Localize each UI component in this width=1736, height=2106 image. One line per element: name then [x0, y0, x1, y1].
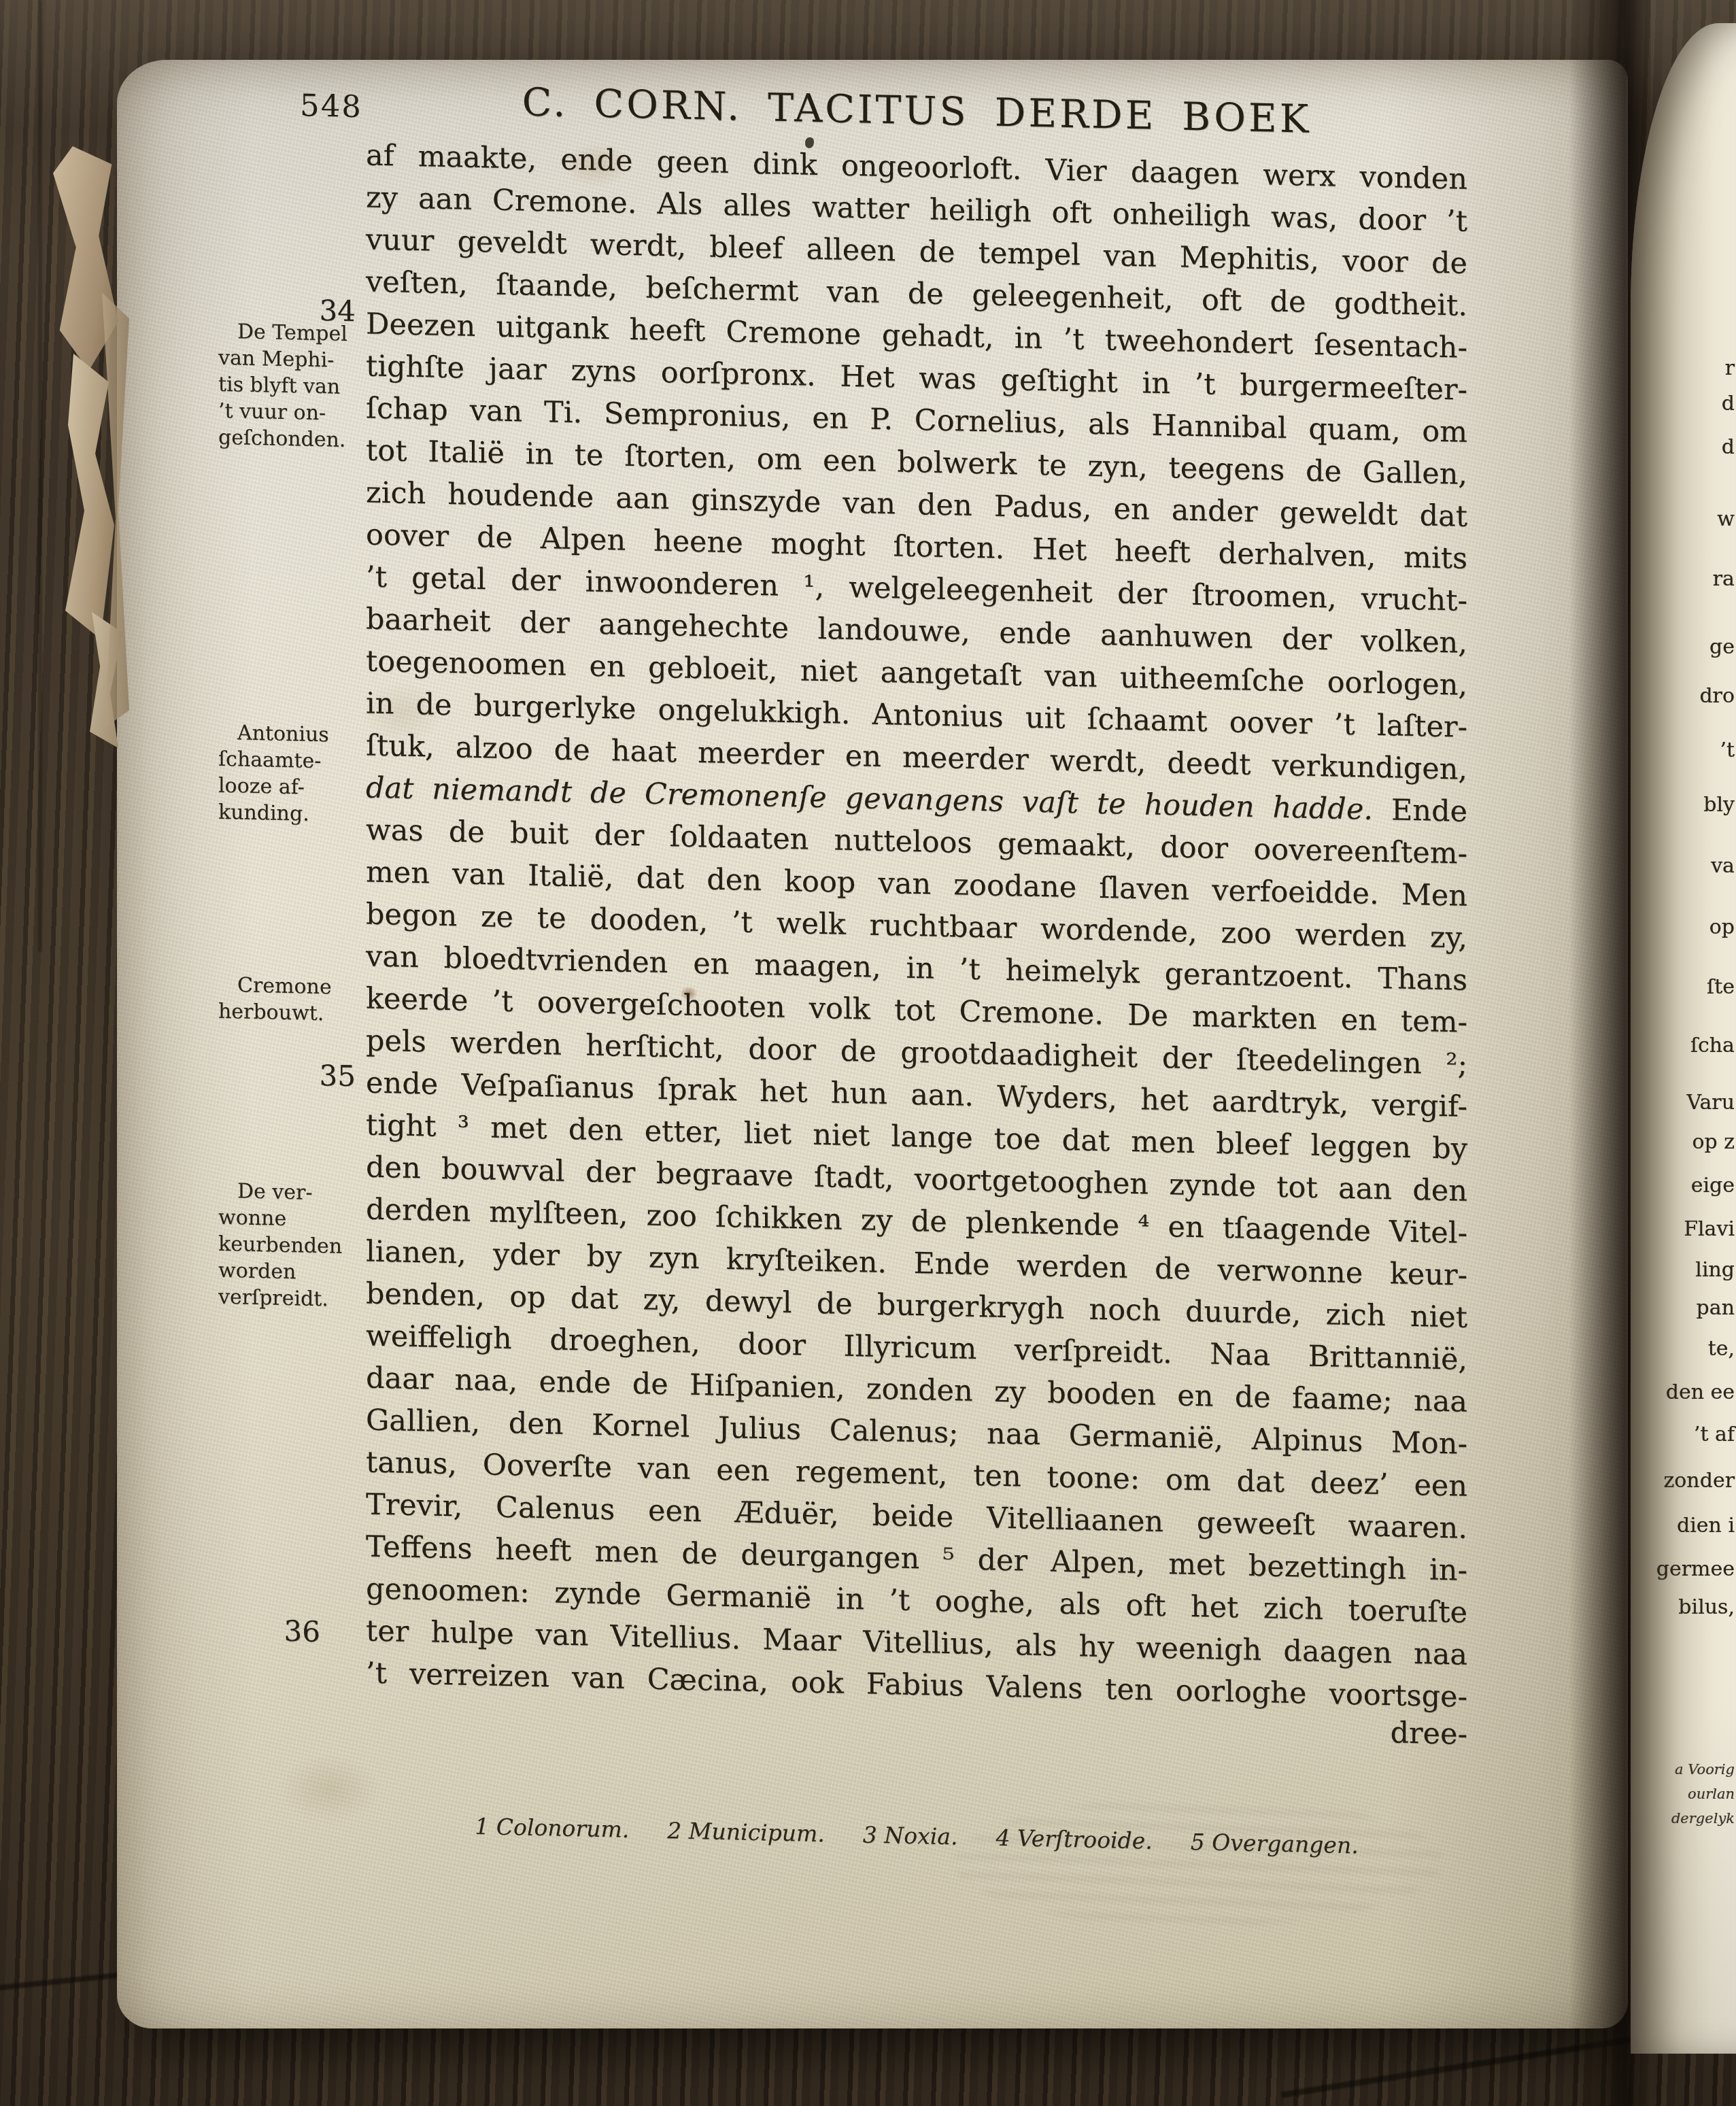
photo-of-open-book: 548 C. CORN. TACITUS DERDE BOEK 34 De Te…: [0, 0, 1736, 2106]
section-number-35: 35: [226, 1057, 356, 1093]
adjacent-page-text-fragment: w: [1717, 507, 1735, 531]
adjacent-page-text-fragment: Flavi: [1684, 1217, 1735, 1241]
adjacent-page-text-fragment: ſcha: [1690, 1034, 1735, 1057]
footnote-line: 1 Colonorum.2 Municipum.3 Noxia.4 Verſtr…: [366, 1810, 1467, 1861]
adjacent-page-text-fragment: ourlan: [1688, 1786, 1735, 1802]
adjacent-page-text-fragment: ge: [1709, 635, 1735, 659]
adjacent-page-text-fragment: ling: [1695, 1258, 1735, 1282]
margin-note-antonius: Antonius ſchaamte- looze af- kunding.: [218, 719, 369, 829]
section-number-36: 36: [191, 1612, 320, 1648]
adjacent-page-text-fragment: d: [1722, 392, 1735, 415]
adjacent-page-text-fragment: ’t: [1720, 738, 1735, 762]
wood-plank-seam: [38, 0, 42, 952]
adjacent-page-text-fragment: va: [1711, 854, 1735, 878]
adjacent-page-text-fragment: dro: [1699, 684, 1735, 708]
adjacent-page-text-fragment: zonder: [1664, 1469, 1735, 1493]
adjacent-page-text-fragment: a Voorig: [1675, 1761, 1735, 1778]
footnote-item: 4 Verſtrooide.: [995, 1824, 1152, 1854]
adjacent-page-text-fragment: dergelyk: [1671, 1810, 1735, 1827]
adjacent-page-text-fragment: germee: [1656, 1557, 1735, 1581]
margin-note-mephitis: De Tempel van Mephi- tis blyft van ’t vu…: [218, 318, 369, 454]
adjacent-page-text-fragment: te,: [1708, 1337, 1735, 1361]
adjacent-page-text-fragment: op z: [1692, 1130, 1735, 1154]
adjacent-page-text-fragment: bilus,: [1678, 1595, 1735, 1619]
printed-text-block: 548 C. CORN. TACITUS DERDE BOEK 34 De Te…: [226, 65, 1505, 1984]
margin-note-keurbenden: De ver- wonne keurbenden worden verſprei…: [218, 1178, 369, 1314]
footnote-item: 1 Colonorum.: [475, 1813, 629, 1843]
adjacent-page-text-fragment: eige: [1691, 1174, 1735, 1198]
adjacent-page-text-fragment: den ee: [1666, 1380, 1735, 1404]
adjacent-page-text-fragment: d: [1722, 435, 1735, 459]
adjacent-page-text-fragment: ra: [1713, 567, 1735, 591]
margin-note-cremone: Cremone herbouwt.: [218, 972, 369, 1028]
adjacent-page-text-fragment: bly: [1703, 793, 1735, 817]
footnote-item: 2 Municipum.: [667, 1817, 825, 1847]
page-number: 548: [300, 87, 362, 124]
adjacent-page-text-fragment: ’t af: [1694, 1423, 1735, 1446]
footnote-item: 5 Overgangen.: [1191, 1829, 1359, 1858]
adjacent-page-text-fragment: dien i: [1677, 1514, 1735, 1538]
adjacent-page-text-fragment: op: [1709, 915, 1735, 939]
adjacent-page-edge: rddwragedro’tblyvaopſteſchaVaruop zeigeF…: [1631, 23, 1736, 2054]
body-text: af maakte, ende geen dink ongeoorloft. V…: [366, 134, 1467, 1718]
adjacent-page-text-fragment: pan: [1697, 1296, 1735, 1320]
adjacent-page-text-fragment: Varu: [1687, 1091, 1735, 1115]
footnote-item: 3 Noxia.: [863, 1821, 958, 1850]
adjacent-page-text-fragment: r: [1725, 356, 1735, 380]
adjacent-page-text-fragment: ſte: [1707, 975, 1735, 999]
